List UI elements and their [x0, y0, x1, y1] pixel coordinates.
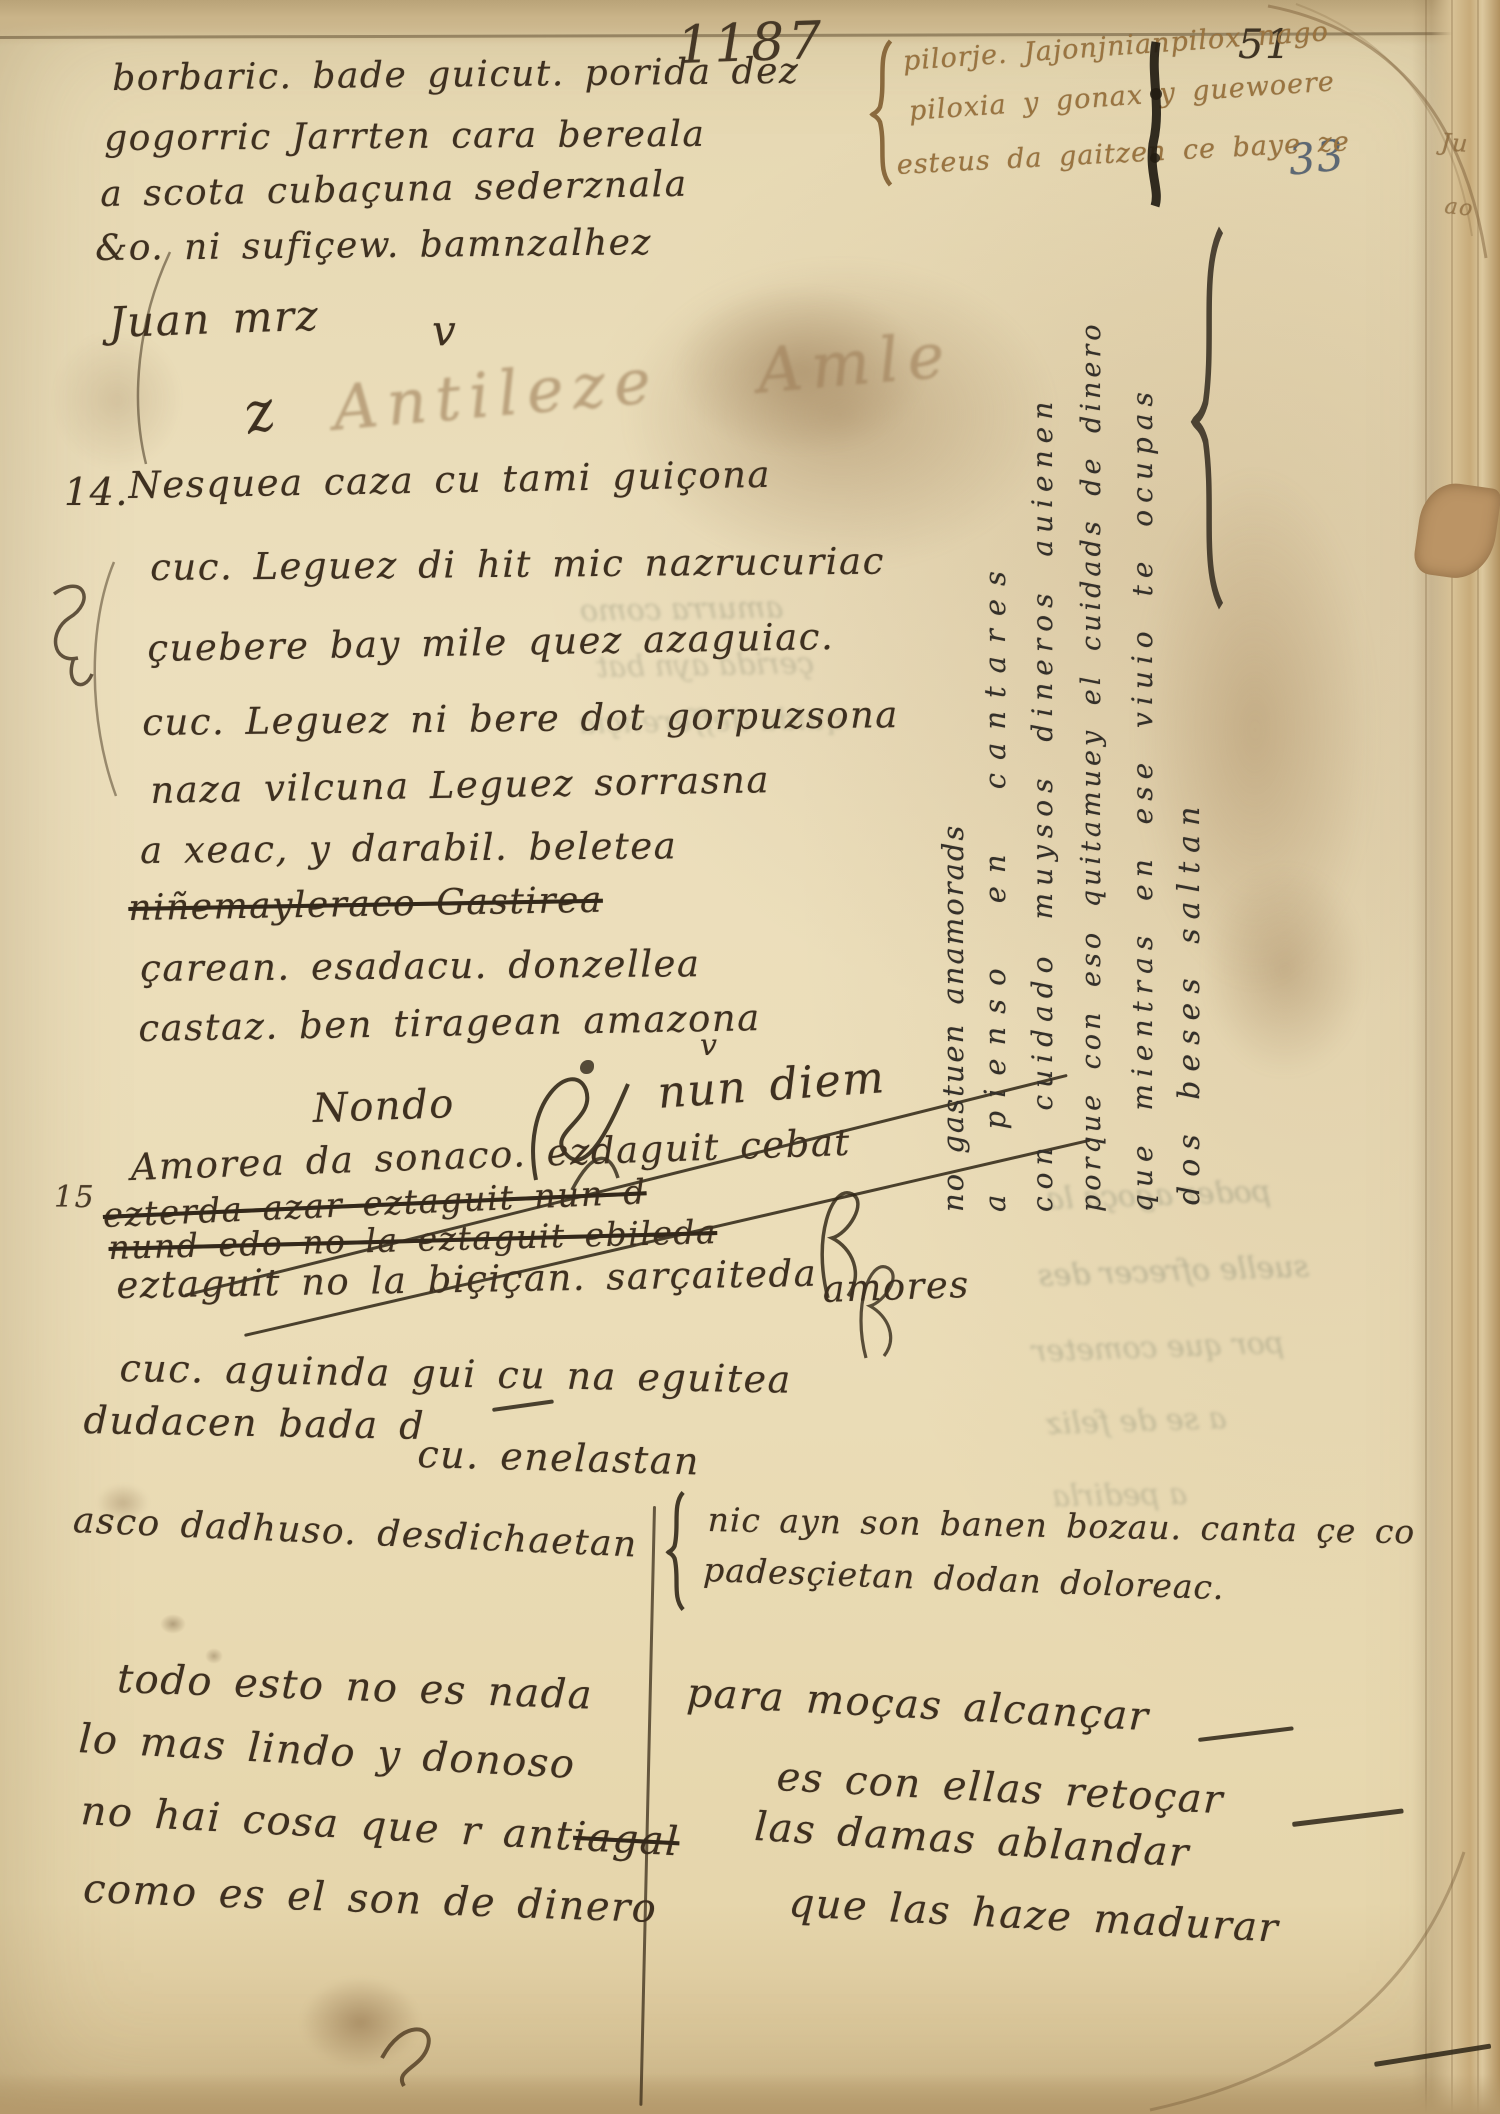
brace-icon: [662, 1490, 692, 1612]
rotated-margin-line: porque con eso quitamuey el cuidads de d…: [1076, 320, 1107, 1212]
rotated-margin-line: que mientras en ese viuio te ocupas: [1126, 385, 1159, 1212]
rotated-brace-icon: [1188, 222, 1232, 614]
top-block-line: gogorric Jarrten cara bereala: [104, 114, 706, 159]
struck-stanza-line: niñemayleraco Gastirea: [128, 880, 603, 929]
stanza-number: 14.: [64, 470, 129, 514]
caret-mark: v: [432, 306, 457, 355]
struck-word: iagal: [572, 1814, 681, 1866]
pen-slip-stroke-icon: [120, 250, 180, 470]
mid-heading-left: Nondo: [312, 1081, 456, 1132]
rotated-margin-line: dos beses saltan: [1172, 798, 1207, 1205]
left-parenthesis-stroke-icon: [84, 560, 124, 800]
edge-mark: Ju: [1440, 128, 1470, 158]
stanza-line: cuc. Leguez ni bere dot gorpuzsona: [142, 693, 899, 744]
stanza-line: a xeac, y darabil. beletea: [140, 824, 677, 872]
left-margin-number: 15: [54, 1180, 95, 1215]
top-block-line: borbaric. bade guicut. porida dez: [112, 51, 800, 99]
rotated-margin-line: a pienso en cantares: [978, 558, 1012, 1212]
edge-mark: ao: [1443, 194, 1475, 222]
stanza-line-tail: amores: [822, 1263, 970, 1311]
showthrough-text: a se de feliz: [1045, 1401, 1227, 1442]
brace-icon: [866, 38, 900, 188]
stanza-line: çarean. esadacu. donzellea: [140, 942, 701, 990]
stanza-line: cuc. Leguez di hit mic nazrucuriac: [150, 540, 885, 589]
dark-overwrite-scribble-icon: [1146, 40, 1176, 210]
flourish-icon: [372, 2014, 452, 2094]
rotated-margin-line: con cuidado muysos dineros auienen: [1026, 395, 1059, 1212]
caret-mark: v: [700, 1028, 718, 1063]
stanza-line: dudacen bada d: [83, 1398, 425, 1448]
rotated-margin-line: no gastuen anamorads: [936, 824, 970, 1212]
manuscript-page: amurra como çerida ayn bat quida deffere…: [0, 0, 1500, 2114]
stanza-line: cu. enelastan: [417, 1432, 701, 1483]
